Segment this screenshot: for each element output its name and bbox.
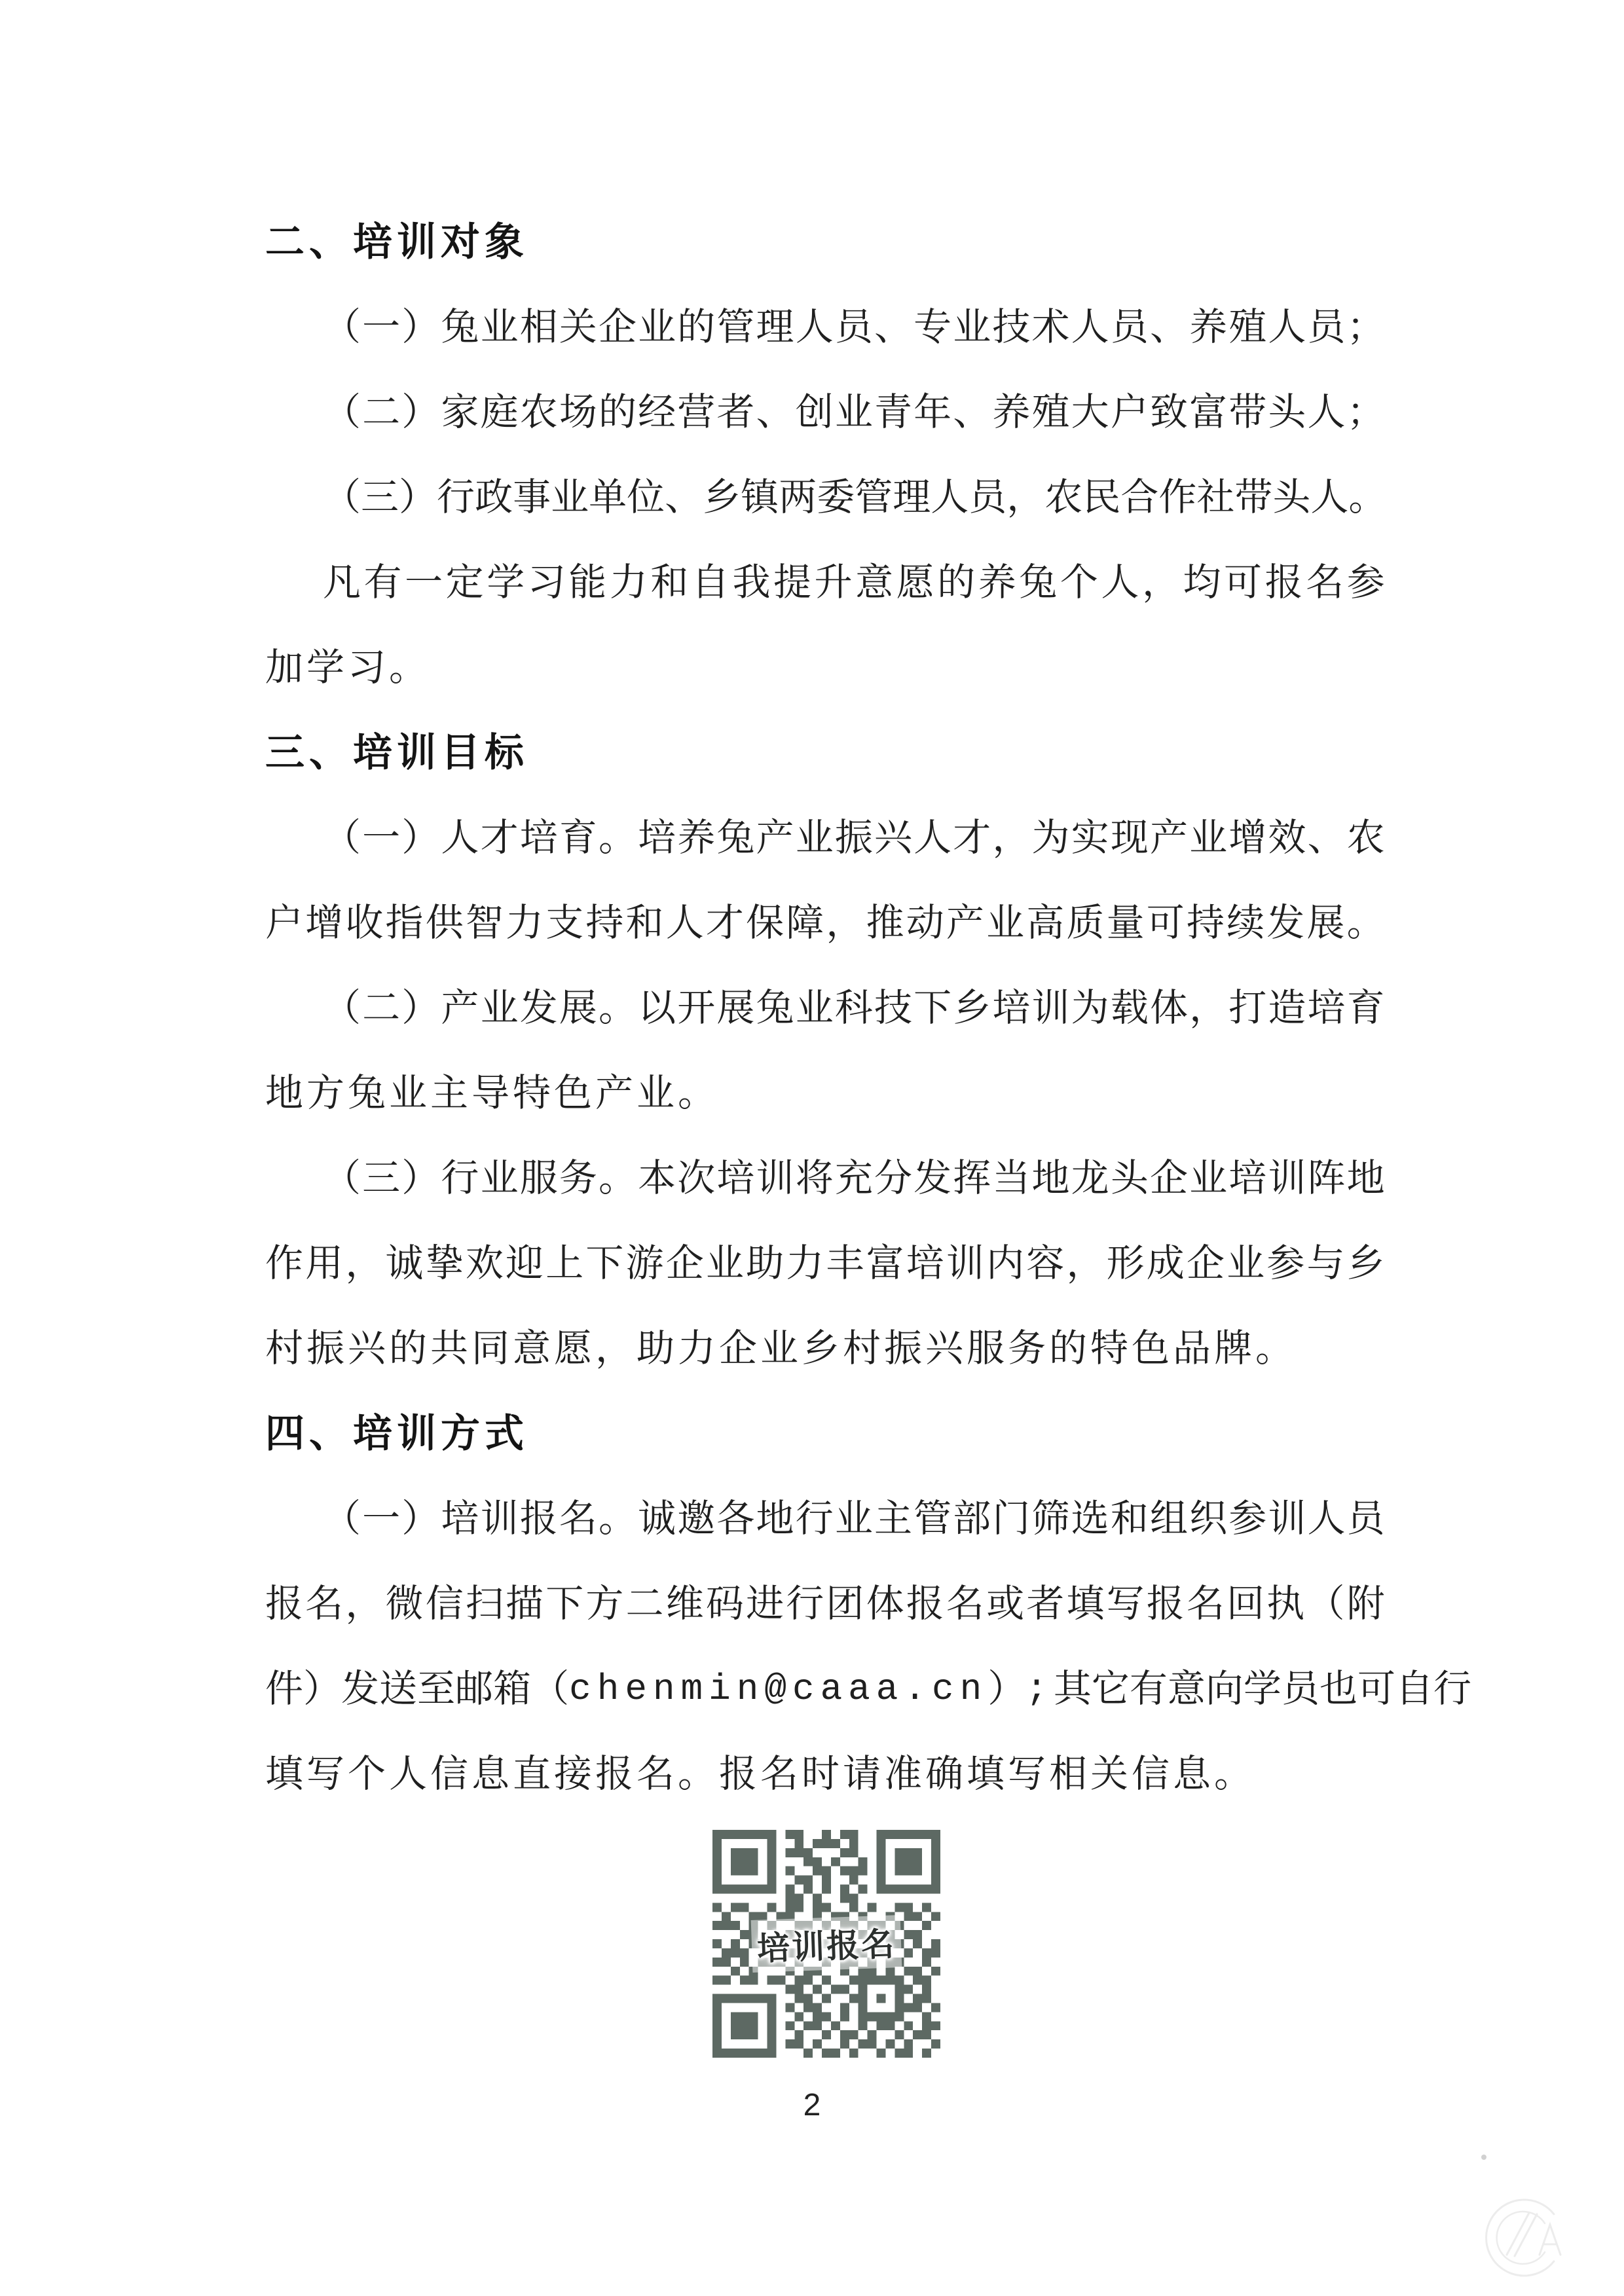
paragraph-line: 报名，微信扫描下方二维码进行团体报名或者填写报名回执（附 [265,1561,1385,1647]
paragraph-line: （一）人才培育。培养兔产业振兴人才，为实现产业增效、农 [265,795,1385,881]
qr-code: 培训报名 [712,1830,940,2058]
qr-label: 培训报名 [751,1915,902,1973]
paragraph-line: 填写个人信息直接报名。报名时请准确填写相关信息。 [265,1732,1385,1817]
scan-speck [1481,2155,1486,2160]
paragraph-line: 凡有一定学习能力和自我提升意愿的养兔个人，均可报名参 [265,540,1385,625]
section-heading: 三、培训目标 [265,710,1385,795]
paragraph-line: （一）培训报名。诚邀各地行业主管部门筛选和组织参训人员 [265,1476,1385,1561]
paragraph-line: （一）兔业相关企业的管理人员、专业技术人员、养殖人员； [265,285,1385,370]
paragraph-line: 作用，诚挚欢迎上下游企业助力丰富培训内容，形成企业参与乡 [265,1221,1385,1306]
paragraph-line: （二）产业发展。以开展兔业科技下乡培训为载体，打造培育 [265,966,1385,1051]
section-heading: 二、培训对象 [265,200,1385,285]
paragraph-line: （二）家庭农场的经营者、创业青年、养殖大户致富带头人； [265,370,1385,455]
paragraph-line: 户增收指供智力支持和人才保障，推动产业高质量可持续发展。 [265,881,1385,966]
paragraph-line: 加学习。 [265,625,1385,710]
paragraph-line: （三）行政事业单位、乡镇两委管理人员，农民合作社带头人。 [265,455,1385,540]
page-number: 2 [0,2087,1624,2123]
section-heading: 四、培训方式 [265,1391,1385,1476]
paragraph-line: （三）行业服务。本次培训将充分发挥当地龙头企业培训阵地 [265,1136,1385,1221]
paragraph-line: 村振兴的共同意愿，助力企业乡村振兴服务的特色品牌。 [265,1306,1385,1391]
paragraph-line: 件）发送至邮箱（chenmin@caaa.cn）;其它有意向学员也可自行 [265,1647,1385,1732]
document-page: 二、培训对象（一）兔业相关企业的管理人员、专业技术人员、养殖人员；（二）家庭农场… [0,0,1624,2296]
document-body: 二、培训对象（一）兔业相关企业的管理人员、专业技术人员、养殖人员；（二）家庭农场… [265,200,1385,1817]
caaa-logo-watermark [1482,2195,1568,2281]
paragraph-line: 地方兔业主导特色产业。 [265,1051,1385,1136]
